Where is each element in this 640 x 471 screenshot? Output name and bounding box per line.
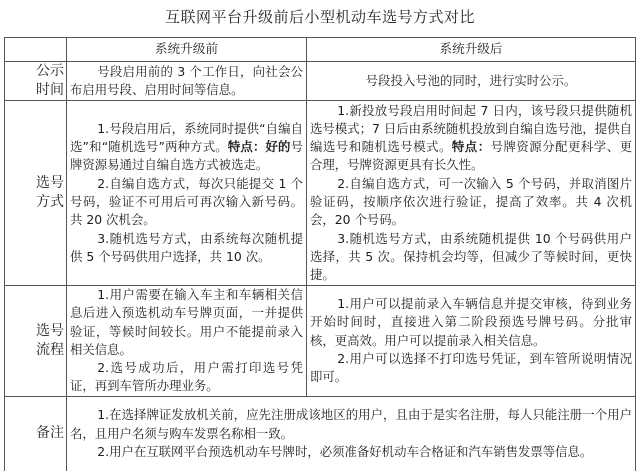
row-label: 备注	[5, 396, 67, 471]
row-label: 公示 时间	[5, 62, 67, 101]
table-row-selection-method: 选号 方式 1.号段启用后，系统同时提供“自编自选”和“随机选号”两种方式。特点…	[5, 101, 636, 286]
table-row-publicity-time: 公示 时间 号段启用前的 3 个工作日，向社会公布启用号段、启用时间等信息。 号…	[5, 62, 636, 101]
paragraph: 1.在选择牌证发放机关前，应先注册成该地区的用户，且由于是实名注册，每人只能注册…	[70, 406, 632, 443]
paragraph: 3.随机选号方式，由系统随机提供 10 个号码供用户选择，共 5 次。保持机会均…	[310, 230, 632, 285]
paragraph: 2.选号成功后，用户需打印选号凭证，再到车管所办理业务。	[70, 359, 303, 396]
paragraph: 2.自编自选方式，可一次输入 5 个号码，并取消图片验证码，按顺序依次进行验证，…	[310, 175, 632, 230]
paragraph: 1.新投放号段启用时间起 7 日内，该号段只提供随机选号模式；7 日后由系统随机…	[310, 102, 632, 175]
table-row-selection-process: 选号 流程 1.用户需要在输入车主和车辆相关信息后进入预选机动车号牌页面，一并提…	[5, 286, 636, 397]
cell-after: 1.新投放号段启用时间起 7 日内，该号段只提供随机选号模式；7 日后由系统随机…	[307, 101, 636, 286]
row-label: 选号 流程	[5, 286, 67, 397]
paragraph: 3.随机选号方式，由系统每次随机提供 5 个号码供用户选择，共 10 次。	[70, 230, 303, 267]
paragraph: 1.号段启用后，系统同时提供“自编自选”和“随机选号”两种方式。特点：好的号牌资…	[70, 120, 303, 175]
paragraph: 1.用户需要在输入车主和车辆相关信息后进入预选机动车号牌页面，一并提供验证，等候…	[70, 286, 303, 359]
header-row: 系统升级前 系统升级后	[5, 38, 636, 62]
cell-after: 1.用户可以提前录入车辆信息并提交审核，待到业务开始时间时，直接进入第二阶段预选…	[307, 286, 636, 397]
cell-before: 号段启用前的 3 个工作日，向社会公布启用号段、启用时间等信息。	[67, 62, 307, 101]
header-empty	[5, 38, 67, 62]
table-row-notes: 备注 1.在选择牌证发放机关前，应先注册成该地区的用户，且由于是实名注册，每人只…	[5, 396, 636, 471]
document-title: 互联网平台升级前后小型机动车选号方式对比	[0, 6, 640, 27]
paragraph: 2.自编自选方式，每次只能提交 1 个号码，验证不可用后可再次输入新号码。共 2…	[70, 175, 303, 230]
paragraph: 1.用户可以提前录入车辆信息并提交审核，待到业务开始时间时，直接进入第二阶段预选…	[310, 295, 632, 350]
cell-notes: 1.在选择牌证发放机关前，应先注册成该地区的用户，且由于是实名注册，每人只能注册…	[67, 396, 636, 471]
row-label: 选号 方式	[5, 101, 67, 286]
comparison-table: 系统升级前 系统升级后 公示 时间 号段启用前的 3 个工作日，向社会公布启用号…	[4, 37, 636, 471]
header-before: 系统升级前	[67, 38, 307, 62]
cell-before: 1.用户需要在输入车主和车辆相关信息后进入预选机动车号牌页面，一并提供验证，等候…	[67, 286, 307, 397]
cell-after: 号段投入号池的同时，进行实时公示。	[307, 62, 636, 101]
header-after: 系统升级后	[307, 38, 636, 62]
paragraph: 2.用户可以选择不打印选号凭证，到车管所说明情况即可。	[310, 350, 632, 387]
paragraph: 2.用户在互联网平台预选机动车号牌时，必须准备好机动车合格证和汽车销售发票等信息…	[70, 443, 632, 461]
cell-before: 1.号段启用后，系统同时提供“自编自选”和“随机选号”两种方式。特点：好的号牌资…	[67, 101, 307, 286]
